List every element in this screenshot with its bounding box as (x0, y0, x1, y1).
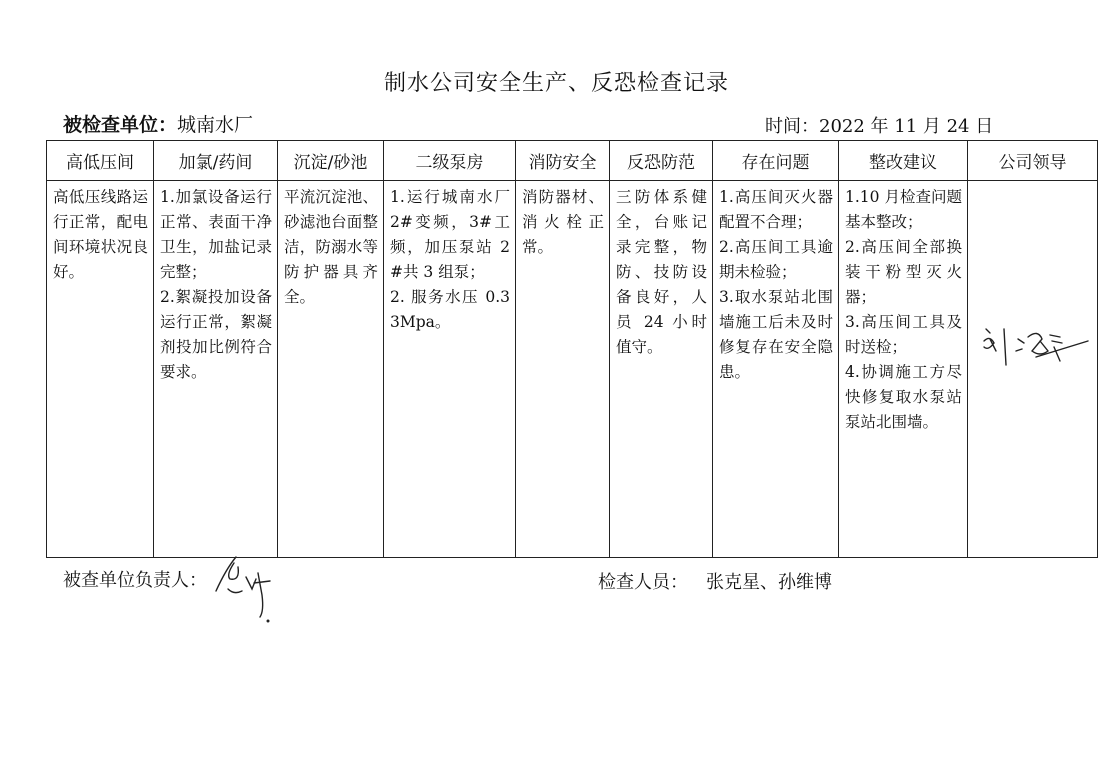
cell-sedimentation: 平流沉淀池、砂滤池台面整洁，防溺水等防护器具齐全。 (278, 181, 383, 310)
inspectors-label: 检查人员： (598, 572, 688, 593)
cell-secondary-pump: 1.运行城南水厂 2#变频，3#工频，加压泵站 2#共 3 组泵； 2. 服务水… (384, 181, 515, 335)
inspected-unit-label: 被检查单位： (63, 114, 177, 136)
document-title: 制水公司安全生产、反恐检查记录 (0, 66, 1113, 97)
header-cell: 二级泵房 (384, 141, 516, 181)
cell-existing-problems: 1.高压间灭火器配置不合理； 2.高压间工具逾期未检验； 3.取水泵站北围墙施工… (713, 181, 838, 385)
table-row: 高低压线路运行正常，配电间环境状况良好。 1.加氯设备运行正常、表面干净卫生，加… (47, 181, 1098, 558)
inspection-date: 时间：2022 年 11 月 24 日 (765, 112, 993, 138)
header-cell: 沉淀/砂池 (278, 141, 384, 181)
header-cell: 整改建议 (839, 141, 968, 181)
header-cell: 消防安全 (516, 141, 610, 181)
cell-rectification-suggestions: 1.10 月检查问题基本整改； 2.高压间全部换装干粉型灭火器； 3.高压间工具… (839, 181, 967, 435)
header-cell: 反恐防范 (610, 141, 713, 181)
header-cell: 高低压间 (47, 141, 154, 181)
responsible-signature (212, 555, 302, 627)
cell-chlorination: 1.加氯设备运行正常、表面干净卫生，加盐记录完整； 2.絮凝投加设备运行正常，絮… (154, 181, 277, 385)
inspected-unit: 被检查单位：城南水厂 (63, 110, 253, 137)
responsible-person: 被查单位负责人： (63, 566, 207, 592)
cell-anti-terrorism: 三防体系健全，台账记录完整，物防、技防设备良好，人员 24 小时值守。 (610, 181, 712, 360)
header-cell: 加氯/药间 (154, 141, 278, 181)
cell-fire-safety: 消防器材、消火栓正常。 (516, 181, 609, 260)
leader-signature (980, 321, 1092, 381)
table-header-row: 高低压间 加氯/药间 沉淀/砂池 二级泵房 消防安全 反恐防范 存在问题 整改建… (47, 141, 1098, 181)
date-label: 时间： (765, 116, 819, 137)
responsible-label: 被查单位负责人： (63, 570, 207, 591)
header-cell: 存在问题 (713, 141, 839, 181)
inspectors: 检查人员：张克星、孙维博 (598, 568, 832, 594)
inspection-table: 高低压间 加氯/药间 沉淀/砂池 二级泵房 消防安全 反恐防范 存在问题 整改建… (46, 140, 1098, 558)
leader-signature-cell (968, 181, 1097, 557)
inspectors-names: 张克星、孙维博 (706, 572, 832, 593)
cell-high-low-voltage: 高低压线路运行正常，配电间环境状况良好。 (47, 181, 153, 285)
inspected-unit-value: 城南水厂 (177, 114, 253, 136)
date-value: 2022 年 11 月 24 日 (819, 116, 993, 137)
header-cell: 公司领导 (968, 141, 1098, 181)
